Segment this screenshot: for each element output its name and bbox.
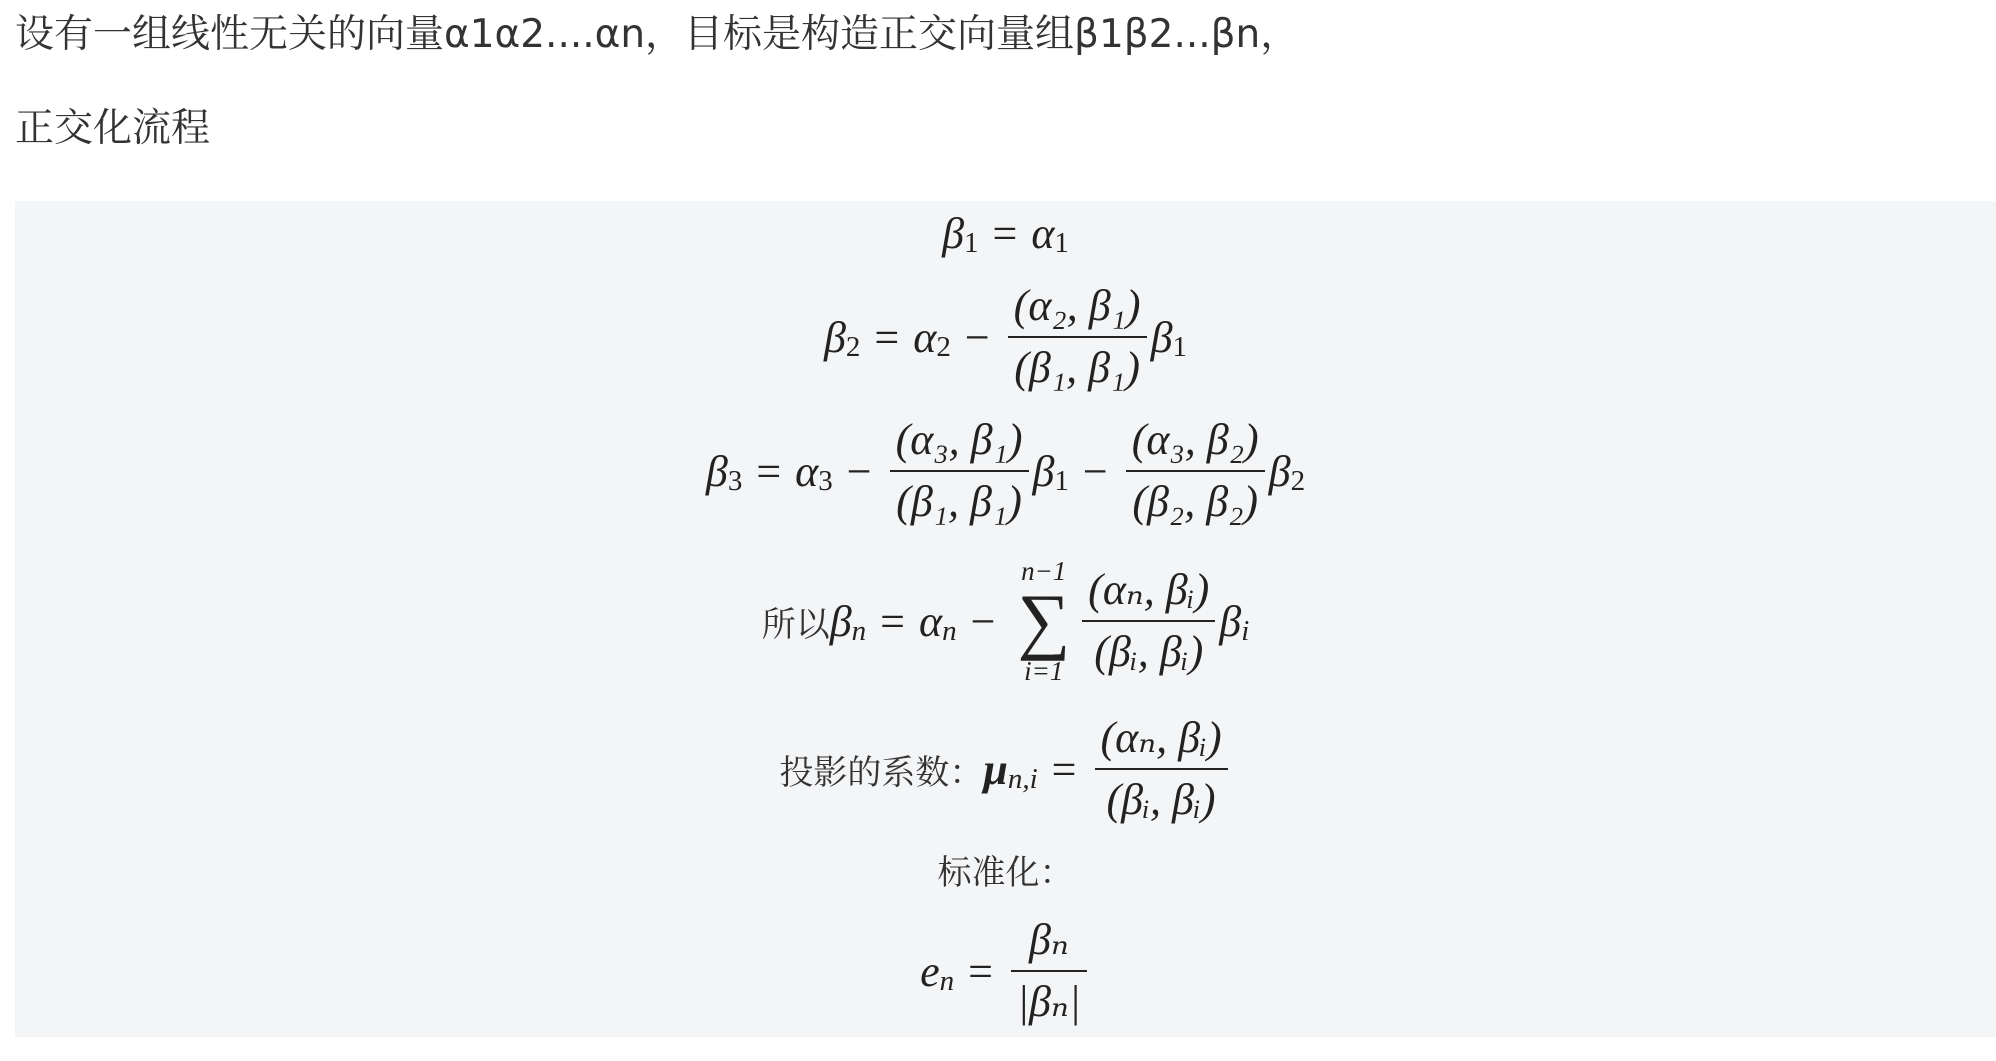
fraction: (α₂, β₁) (β₁, β₁) [1008,276,1147,399]
subscript: 1 [964,227,979,260]
equals-sign: = [874,312,899,363]
math-block: β1 = α1 β2 = α2 − (α₂, β₁) (β₁, β₁) β1 β… [15,201,1996,1037]
beta-symbol: β [942,208,964,259]
minus-sign: − [971,596,996,647]
denominator: (β₁, β₁) [890,472,1028,532]
subscript: n [942,615,957,648]
formula-beta-n: 所以 βn = αn − n−1 ∑ i=1 (αₙ, βᵢ) (βᵢ, βᵢ)… [15,541,1996,701]
normalization-label: 标准化： [15,841,1996,897]
fraction: (α₃, β₁) (β₁, β₁) [890,410,1029,533]
sum-lower-limit: i=1 [1024,656,1063,686]
subscript: n [852,615,867,648]
minus-sign: − [965,312,990,363]
subscript: 2 [936,331,951,364]
label-text: 标准化： [938,845,1074,894]
alpha-symbol: α [1031,208,1054,259]
e-symbol: e [920,946,940,997]
subscript: 1 [1054,227,1069,260]
beta-symbol: β [830,596,852,647]
equals-sign: = [1052,744,1077,795]
summation: n−1 ∑ i=1 [1017,556,1070,686]
numerator: (α₃, β₁) [890,410,1029,470]
formula-beta2: β2 = α2 − (α₂, β₁) (β₁, β₁) β1 [15,275,1996,399]
formula-normalization: en = βₙ |βₙ| [15,909,1996,1033]
beta-symbol: β [1269,446,1291,497]
prefix-text: 所以 [762,597,830,646]
minus-sign: − [1083,446,1108,497]
numerator: (αₙ, βᵢ) [1082,560,1215,620]
mu-symbol: μ [983,744,1007,795]
subscript: 3 [728,465,743,498]
sigma-icon: ∑ [1017,586,1070,656]
subscript: n [940,965,955,998]
subscript: 2 [846,331,861,364]
fraction: βₙ |βₙ| [1011,910,1087,1033]
intro-paragraph: 设有一组线性无关的向量α1α2....αn，目标是构造正交向量组β1β2...β… [15,11,1299,59]
equals-sign: = [756,446,781,497]
section-heading: 正交化流程 [15,105,210,153]
fraction: (αₙ, βᵢ) (βᵢ, βᵢ) [1095,708,1228,831]
equals-sign: = [992,208,1017,259]
fraction: (αₙ, βᵢ) (βᵢ, βᵢ) [1082,560,1215,683]
equals-sign: = [968,946,993,997]
beta-symbol: β [1033,446,1055,497]
subscript: 3 [818,465,833,498]
equals-sign: = [880,596,905,647]
subscript: 1 [1054,465,1069,498]
beta-symbol: β [824,312,846,363]
alpha-symbol: α [913,312,936,363]
numerator: (αₙ, βᵢ) [1095,708,1228,768]
alpha-symbol: α [919,596,942,647]
subscript: 1 [1173,331,1188,364]
denominator: (βᵢ, βᵢ) [1101,770,1222,830]
denominator: (β₁, β₁) [1008,338,1146,398]
denominator: |βₙ| [1011,972,1087,1032]
fraction: (α₃, β₂) (β₂, β₂) [1126,410,1265,533]
numerator: (α₂, β₁) [1008,276,1147,336]
minus-sign: − [847,446,872,497]
formula-beta1: β1 = α1 [15,205,1996,261]
subscript: i [1241,615,1249,648]
beta-symbol: β [1219,596,1241,647]
formula-beta3: β3 = α3 − (α₃, β₁) (β₁, β₁) β1 − (α₃, β₂… [15,409,1996,533]
numerator: (α₃, β₂) [1126,410,1265,470]
subscript: 2 [1291,465,1306,498]
subscript: n,i [1008,763,1038,796]
beta-symbol: β [706,446,728,497]
prefix-text: 投影的系数： [779,745,983,794]
denominator: (βᵢ, βᵢ) [1088,622,1209,682]
numerator: βₙ [1023,910,1075,970]
beta-symbol: β [1151,312,1173,363]
formula-projection-coefficient: 投影的系数： μn,i = (αₙ, βᵢ) (βᵢ, βᵢ) [15,707,1996,831]
alpha-symbol: α [795,446,818,497]
denominator: (β₂, β₂) [1126,472,1264,532]
